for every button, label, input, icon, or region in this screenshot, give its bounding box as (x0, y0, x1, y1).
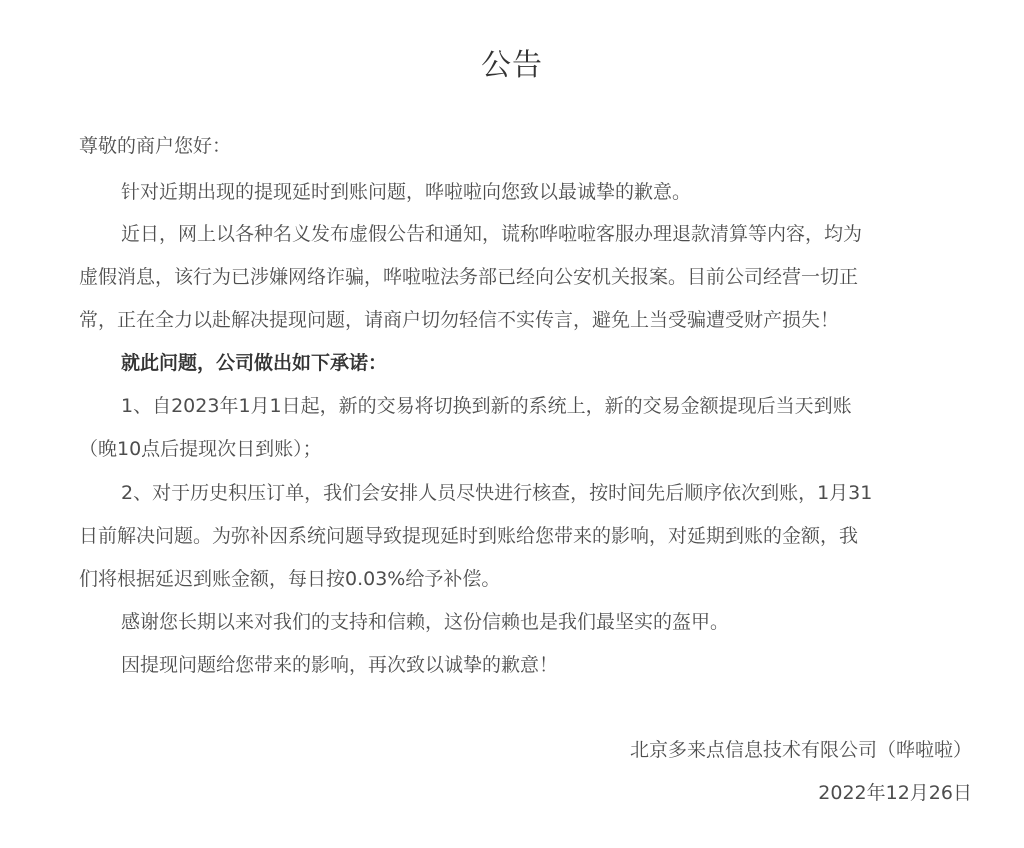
paragraph-line: 们将根据延迟到账金额，每日按0.03%给予补偿。 (79, 567, 500, 591)
greeting: 尊敬的商户您好： (79, 134, 231, 158)
paragraph-line: 2、对于历史积压订单，我们会安排人员尽快进行核查，按时间先后顺序依次到账，1月3… (121, 481, 872, 505)
paragraph-line: 虚假消息，该行为已涉嫌网络诈骗，哗啦啦法务部已经向公安机关报案。目前公司经营一切… (79, 265, 858, 289)
paragraph-thanks: 感谢您长期以来对我们的支持和信赖，这份信赖也是我们最坚实的盔甲。 (121, 610, 729, 634)
page-title: 公告 (0, 40, 1024, 84)
paragraph-closing-apology: 因提现问题给您带来的影响，再次致以诚挚的歉意！ (121, 653, 558, 677)
paragraph-line: 近日，网上以各种名义发布虚假公告和通知，谎称哗啦啦客服办理退款清算等内容，均为 (121, 222, 862, 246)
paragraph-line: （晚10点后提现次日到账）； (79, 437, 322, 461)
commitment-heading: 就此问题，公司做出如下承诺： (121, 351, 387, 375)
signature-company: 北京多来点信息技术有限公司（哗啦啦） (630, 738, 972, 762)
paragraph-line: 1、自2023年1月1日起，新的交易将切换到新的系统上，新的交易金额提现后当天到… (121, 394, 852, 418)
signature-date: 2022年12月26日 (818, 781, 972, 805)
paragraph-line: 日前解决问题。为弥补因系统问题导致提现延时到账给您带来的影响，对延期到账的金额，… (79, 524, 858, 548)
paragraph-apology-intro: 针对近期出现的提现延时到账问题，哗啦啦向您致以最诚挚的歉意。 (121, 180, 691, 204)
paragraph-line: 常，正在全力以赴解决提现问题，请商户切勿轻信不实传言，避免上当受骗遭受财产损失！ (79, 308, 839, 332)
